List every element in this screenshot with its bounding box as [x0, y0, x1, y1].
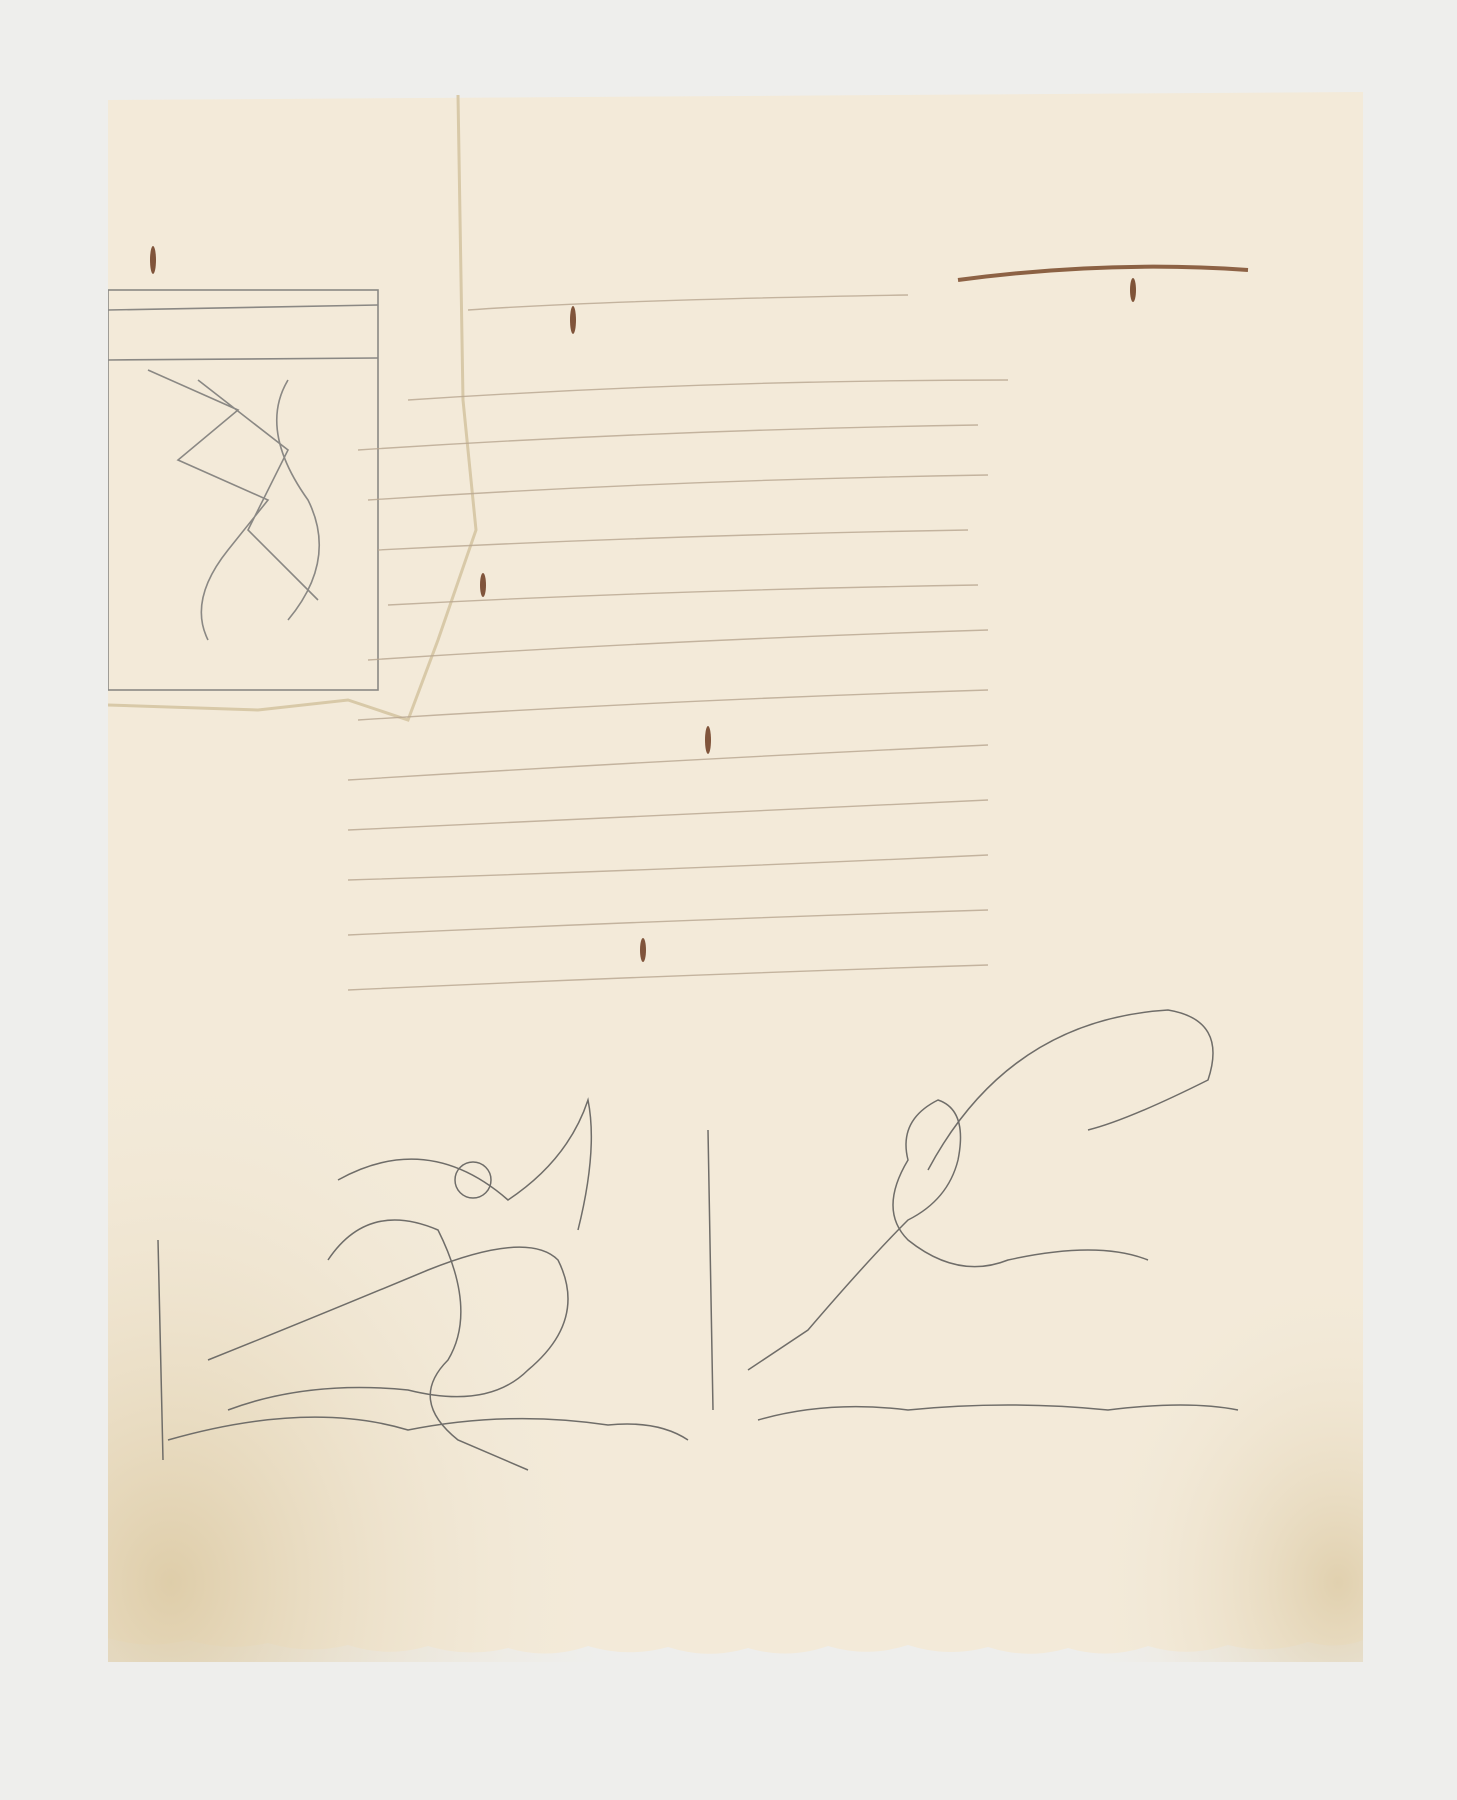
paper-sheet: [108, 80, 1363, 1662]
paper-artwork: [108, 80, 1363, 1662]
